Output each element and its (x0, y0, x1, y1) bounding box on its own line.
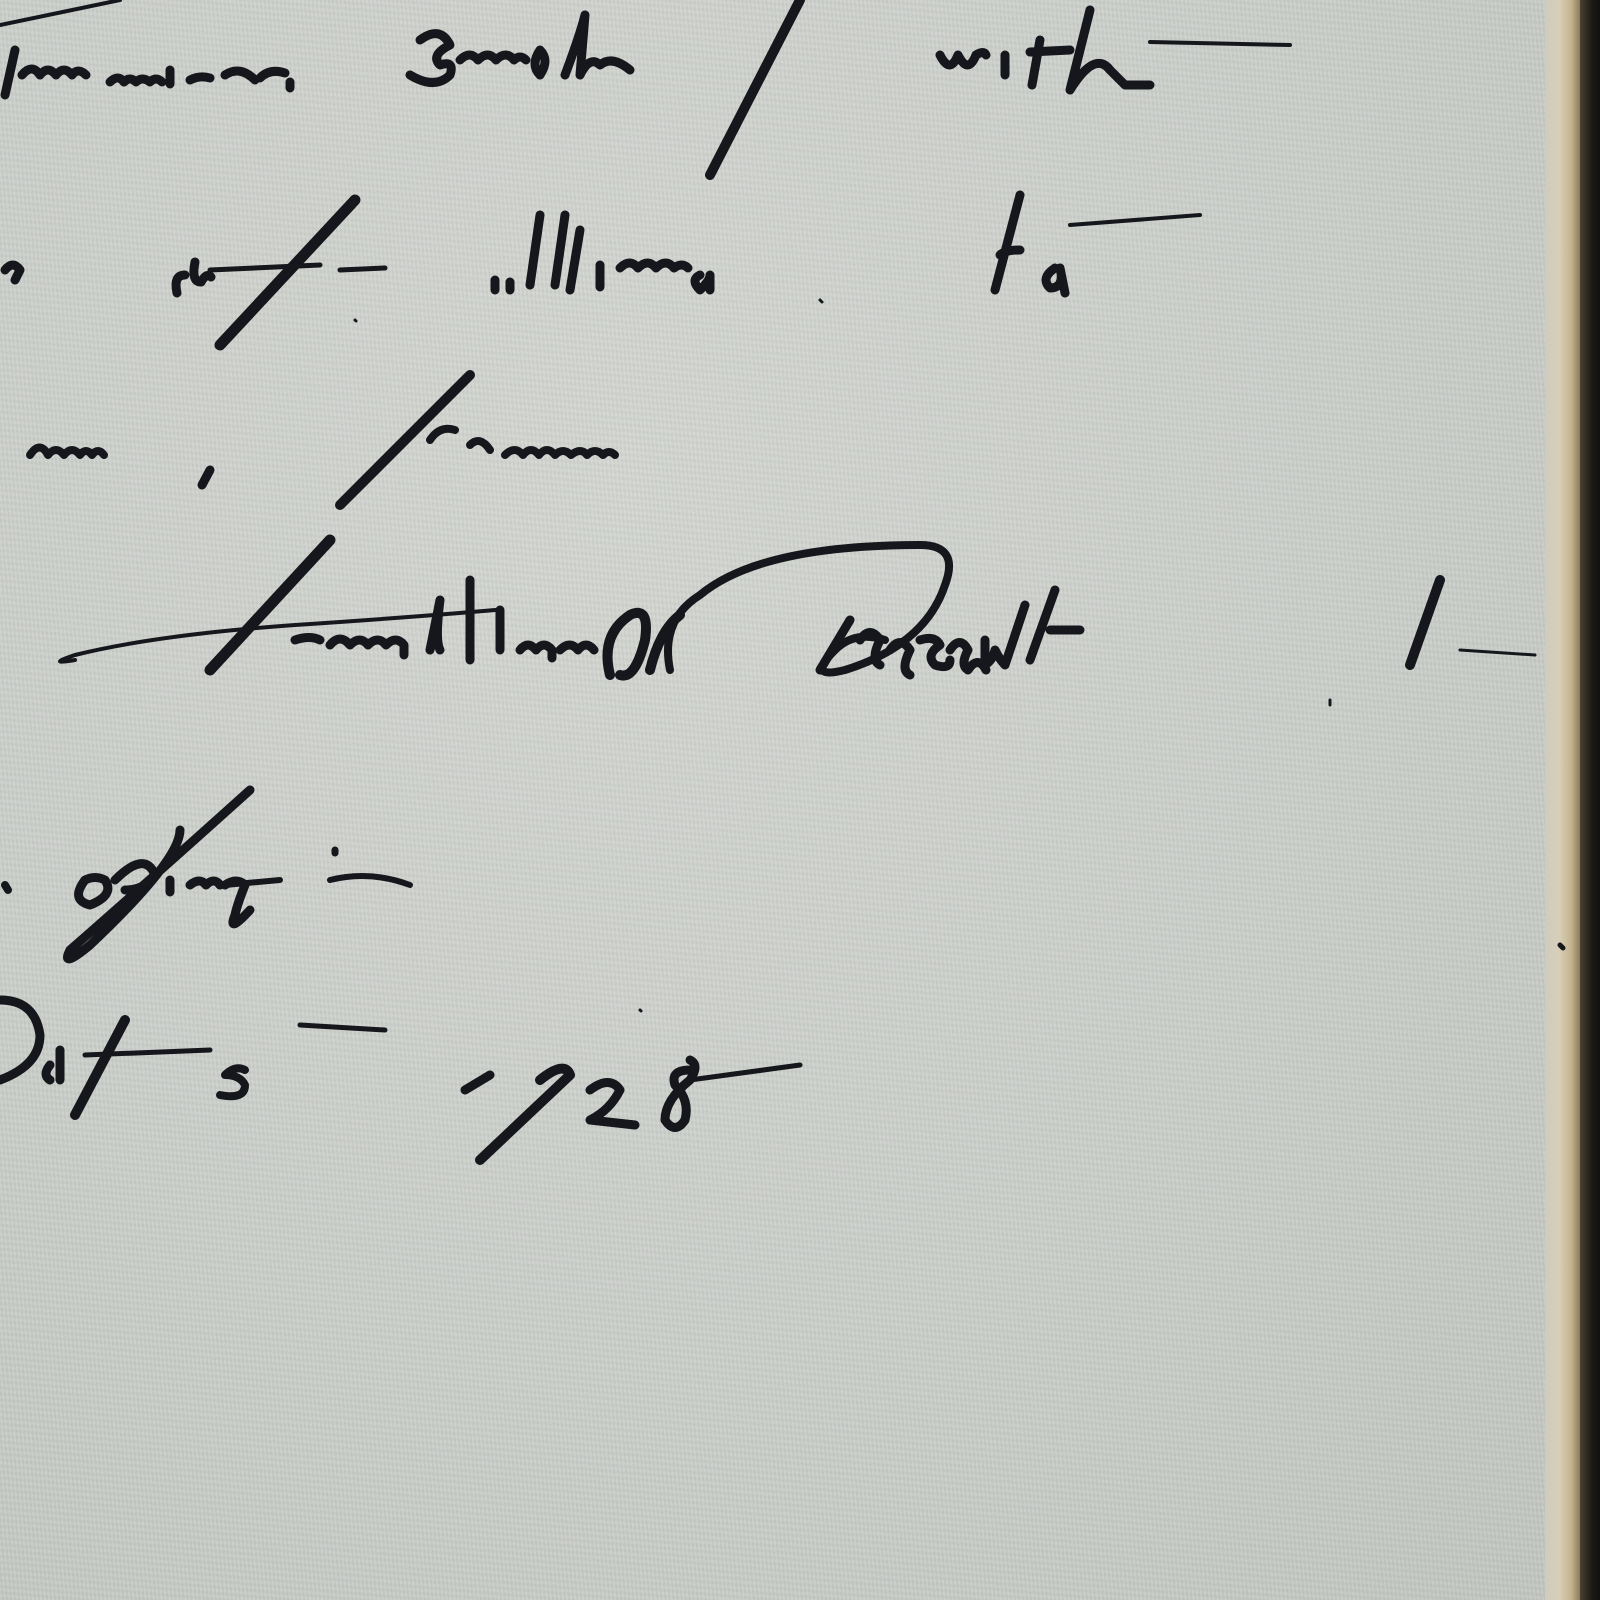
handwriting-line-2 (5, 195, 1200, 345)
signature-franklin-d-roosevelt (60, 540, 1535, 705)
handwriting-place (5, 790, 410, 959)
paper-specks (355, 300, 1563, 1011)
handwriting-line-1 (0, 0, 1290, 175)
handwriting-line-3 (30, 375, 615, 505)
handwriting-date (0, 1000, 800, 1160)
handwriting-ink (0, 0, 1600, 1600)
